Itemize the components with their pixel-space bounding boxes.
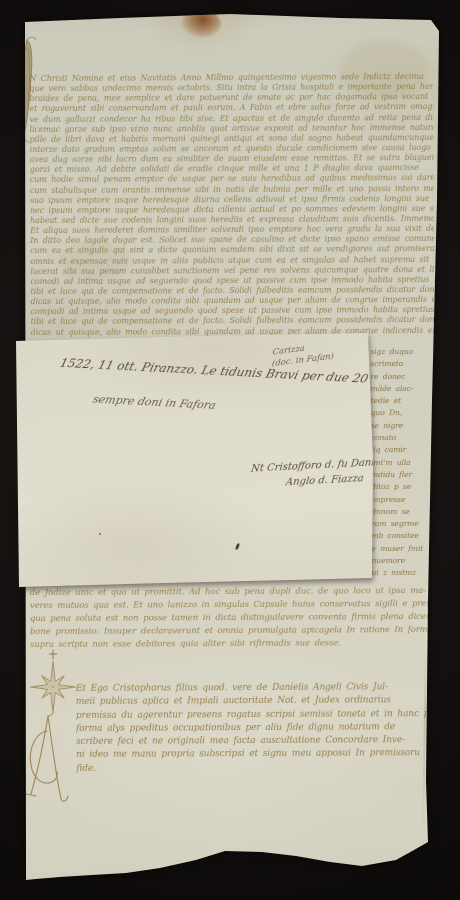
manuscript-fragment: mãde alac- [371,383,437,396]
manuscript-fragment: scrimeto [370,358,436,371]
manuscript-fragment: sigz duqua [370,346,436,359]
manuscript-fragment: dnnom se [371,506,437,519]
manuscript-fragment: liq camir [371,444,437,457]
manuscript-line: supra scripta non esse debitores quia al… [30,637,432,652]
manuscript-fragment: impresse [371,493,437,506]
manuscript-photograph: N Christi Nomine et eius Navitatis Anno … [0,0,460,900]
manuscript-fragment: mb consitee [371,530,437,543]
small-ink-mark [235,543,241,551]
manuscript-fragment: mdidu fler [371,469,437,482]
manuscript-fragment: e muser fmit [371,543,437,556]
slip-corner-note: Carizza (doc. in Fafan) [272,340,335,370]
manuscript-fragment: conato [371,432,437,445]
manuscript-fragment: ditoz p se [371,481,437,494]
manuscript-fragment: tedie et [371,395,437,408]
ink-stain [181,10,221,38]
notary-line: fide. [76,761,438,776]
notary-star-sign-icon [26,650,76,801]
manuscript-fragment: ram segrme [371,518,437,531]
manuscript-fragment: re donec [371,370,437,383]
lower-text-block: de Jndize unic et quo ut promittit. Ad h… [30,585,432,652]
notary-attestation-block: Et Ego Cristophorus filius quod. vere de… [76,681,438,776]
main-text-block: N Christi Nomine et eius Navitatis Anno … [29,72,434,340]
manuscript-fragment: se nigre [371,420,437,433]
slip-date-annotation-2: sempre doni in Fafora [91,393,217,412]
archival-slip: Carizza (doc. in Fafan) 1522, 11 ott. Pi… [14,330,376,588]
manuscript-fragment: quo Dn, [371,407,437,420]
right-margin-fragments: sigz duquascrimetore donecmãde alac-tedi… [370,346,437,580]
small-ink-dot [99,533,101,535]
manuscript-fragment: jmt'm ulla [371,456,437,469]
